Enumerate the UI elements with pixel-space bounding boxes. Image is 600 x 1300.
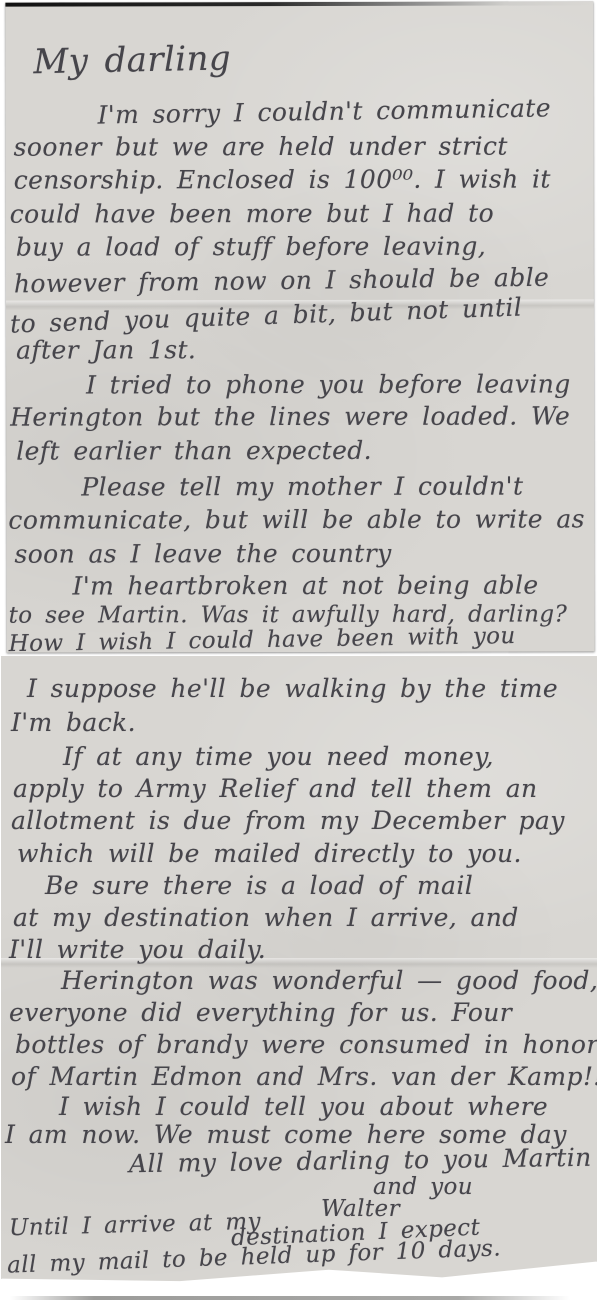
letter-line: everyone did everything for us. Four [9, 998, 512, 1027]
letter-line: I wish I could tell you about where [59, 1092, 548, 1121]
letter-line: allotment is due from my December pay [11, 806, 565, 835]
letter-line: Be sure there is a load of mail [45, 871, 473, 900]
letter-line: of Martin Edmon and Mrs. van der Kamp!!! [11, 1062, 597, 1091]
letter-line: however from now on I should be able [14, 263, 550, 299]
letter-line: censorship. Enclosed is 100⁰⁰. I wish it [14, 164, 551, 194]
letter-line: left earlier than expected. [16, 436, 372, 466]
letter-line: I tried to phone you before leaving [86, 369, 571, 399]
letter-line: at my destination when I arrive, and [13, 903, 519, 932]
letter-line: I'm heartbroken at not being able [73, 571, 539, 601]
letter-line: Herington was wonderful — good food, [61, 966, 597, 995]
letter-line: I suppose he'll be walking by the time [27, 674, 558, 703]
letter-line: to send you quite a bit, but not until [10, 292, 523, 338]
letter-line: If at any time you need money, [63, 742, 494, 771]
letter-line: I'm back. [11, 708, 136, 737]
letter-line: communicate, but will be able to write a… [8, 504, 584, 534]
letter-line: sooner but we are held under strict [14, 132, 508, 162]
letter-line: I'll write you daily. [9, 935, 266, 964]
letter-postscript-line: Until I arrive at my [9, 1209, 262, 1242]
letter-page-2: I suppose he'll be walking by the time I… [1, 656, 597, 1290]
letter-line: soon as I leave the country [14, 539, 391, 569]
scan-edge-bottom [10, 1296, 570, 1300]
letter-line: apply to Army Relief and tell them an [13, 774, 538, 803]
letter-line: bottles of brandy were consumed in honor [15, 1030, 597, 1059]
letter-line: I'm sorry I couldn't communicate [97, 93, 551, 129]
letter-closing-line: All my love darling to you Martin [129, 1143, 592, 1178]
letter-line: after Jan 1st. [16, 335, 196, 364]
letter-page-1: My darling I'm sorry I couldn't communic… [5, 1, 594, 652]
letter-line: buy a load of stuff before leaving, [16, 232, 486, 262]
letter-line: which will be mailed directly to you. [17, 839, 522, 868]
letter-line: Herington but the lines were loaded. We [10, 401, 570, 431]
letter-line: Please tell my mother I couldn't [81, 472, 523, 502]
letter-line: could have been more but I had to [10, 199, 494, 229]
letter-salutation: My darling [33, 38, 231, 82]
